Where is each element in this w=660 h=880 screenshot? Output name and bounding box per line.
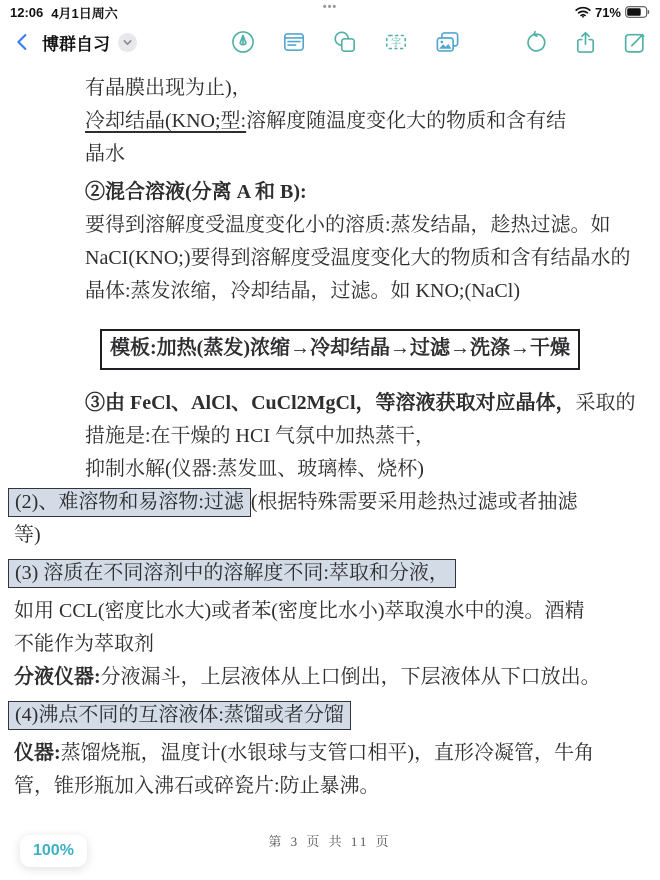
toolbar: 博群自习 xyxy=(0,22,660,62)
text-line: NaCI(KNO;)要得到溶解度受温度变化大的物质和含有结晶水的 xyxy=(85,242,660,275)
text-segment: (3) 溶质在不同溶剂中的溶解度不同:萃取和分液， xyxy=(8,559,456,588)
text-segment: 有晶膜出现为止)， xyxy=(85,77,252,99)
text-segment: 不能作为萃取剂 xyxy=(14,633,154,655)
paper-template-icon[interactable] xyxy=(281,29,308,56)
text-segment: 晶体:蒸发浓缩，冷却结晶，过滤。如 KNO;(NaCl) xyxy=(85,280,520,302)
text-segment: ②混合溶液(分离 A 和 B): xyxy=(85,181,307,203)
date: 4月1日周六 xyxy=(51,3,117,22)
text-segment: 管，锥形瓶加入沸石或碎瓷片:防止暴沸。 xyxy=(14,775,380,797)
text-segment: 模板:加热(蒸发)浓缩→冷却结晶→过滤→洗涤→干燥 xyxy=(100,329,580,370)
page-indicator: 第 3 页 共 11 页 xyxy=(0,831,660,850)
battery-percent: 71% xyxy=(595,5,621,20)
text-line: 模板:加热(蒸发)浓缩→冷却结晶→过滤→洗涤→干燥 xyxy=(100,329,660,370)
media-icon[interactable] xyxy=(434,29,461,56)
text-line: (3) 溶质在不同溶剂中的溶解度不同:萃取和分液， xyxy=(8,557,660,590)
text-line: 有晶膜出现为止)， xyxy=(85,72,660,105)
text-segment: 等) xyxy=(14,524,41,546)
note-content: 有晶膜出现为止)，冷却结晶(KNO;型:溶解度随温度变化大的物质和含有结晶水②混… xyxy=(0,62,660,803)
note-page[interactable]: 有晶膜出现为止)，冷却结晶(KNO;型:溶解度随温度变化大的物质和含有结晶水②混… xyxy=(0,62,660,880)
text-segment: 措施是:在干燥的 HCI 气氛中加热蒸干， xyxy=(85,425,435,447)
undo-icon[interactable] xyxy=(523,29,550,56)
text-line: 仪器:蒸馏烧瓶，温度计(水银球与支管口相平)，直形冷凝管，牛角 xyxy=(14,737,660,770)
text-segment: 要得到溶解度受温度变化小的溶质:蒸发结晶，趁热过滤。如 xyxy=(85,214,611,236)
text-line: 冷却结晶(KNO;型:溶解度随温度变化大的物质和含有结 xyxy=(85,105,660,138)
text-line: 管，锥形瓶加入沸石或碎瓷片:防止暴沸。 xyxy=(14,770,660,803)
text-segment: 采取的 xyxy=(576,392,636,414)
text-line: 不能作为萃取剂 xyxy=(14,628,660,661)
text-line: 要得到溶解度受温度变化小的溶质:蒸发结晶，趁热过滤。如 xyxy=(85,209,660,242)
text-segment: 溶解度随温度变化大的物质和含有结 xyxy=(246,110,566,132)
text-segment: 仪器: xyxy=(14,742,61,764)
shapes-icon[interactable] xyxy=(332,29,359,56)
text-tool-glyph: 字 xyxy=(391,37,401,49)
text-line: 措施是:在干燥的 HCI 气氛中加热蒸干， xyxy=(85,420,660,453)
notes-app-screen: 12:06 4月1日周六 ••• 71% xyxy=(0,0,660,880)
battery-icon xyxy=(625,6,650,18)
document-title[interactable]: 博群自习 xyxy=(42,30,110,55)
text-segment: (4)沸点不同的互溶液体:蒸馏或者分馏 xyxy=(8,701,351,730)
text-segment: 抑制水解(仪器:蒸发皿、玻璃棒、烧杯) xyxy=(85,458,424,480)
text-segment: 晶水 xyxy=(85,143,125,165)
multitask-indicator[interactable]: ••• xyxy=(323,1,338,13)
text-line: ②混合溶液(分离 A 和 B): xyxy=(85,176,660,209)
compose-icon[interactable] xyxy=(621,29,648,56)
share-icon[interactable] xyxy=(572,29,599,56)
status-bar: 12:06 4月1日周六 ••• 71% xyxy=(0,0,660,22)
text-segment: 分液仪器: xyxy=(14,666,101,688)
pen-tool-icon[interactable] xyxy=(230,29,257,56)
text-segment: ③由 FeCl、AlCl、CuCl2MgCl，等溶液获取对应晶体， xyxy=(85,392,576,414)
text-line: (4)沸点不同的互溶液体:蒸馏或者分馏 xyxy=(8,699,660,732)
title-menu-button[interactable] xyxy=(118,33,137,52)
back-button[interactable] xyxy=(12,31,34,53)
text-line: 晶水 xyxy=(85,138,660,171)
text-segment: 分液漏斗，上层液体从上口倒出，下层液体从下口放出。 xyxy=(101,666,601,688)
text-line: 抑制水解(仪器:蒸发皿、玻璃棒、烧杯) xyxy=(85,453,660,486)
clock: 12:06 xyxy=(10,5,43,20)
text-segment: 如用 CCL(密度比水大)或者苯(密度比水小)萃取溴水中的溴。酒精 xyxy=(14,600,585,622)
text-segment: NaCI(KNO;)要得到溶解度受温度变化大的物质和含有结晶水的 xyxy=(85,247,631,269)
zoom-level-badge[interactable]: 100% xyxy=(20,835,87,867)
text-segment: 蒸馏烧瓶，温度计(水银球与支管口相平)，直形冷凝管，牛角 xyxy=(61,742,594,764)
text-line: (2)、难溶物和易溶物:过滤(根据特殊需要采用趁热过滤或者抽滤 xyxy=(8,486,660,519)
text-segment: (2)、难溶物和易溶物:过滤 xyxy=(8,488,251,517)
text-segment: (根据特殊需要采用趁热过滤或者抽滤 xyxy=(251,491,578,513)
text-line: 等) xyxy=(14,519,660,552)
text-line: 分液仪器:分液漏斗，上层液体从上口倒出，下层液体从下口放出。 xyxy=(14,661,660,694)
text-line: 如用 CCL(密度比水大)或者苯(密度比水小)萃取溴水中的溴。酒精 xyxy=(14,595,660,628)
text-segment: 冷却结晶(KNO;型: xyxy=(85,110,246,132)
text-line: 晶体:蒸发浓缩，冷却结晶，过滤。如 KNO;(NaCl) xyxy=(85,275,660,308)
text-line: ③由 FeCl、AlCl、CuCl2MgCl，等溶液获取对应晶体，采取的 xyxy=(85,387,660,420)
wifi-icon xyxy=(575,6,591,18)
text-tool-icon[interactable]: 字 xyxy=(383,29,410,56)
